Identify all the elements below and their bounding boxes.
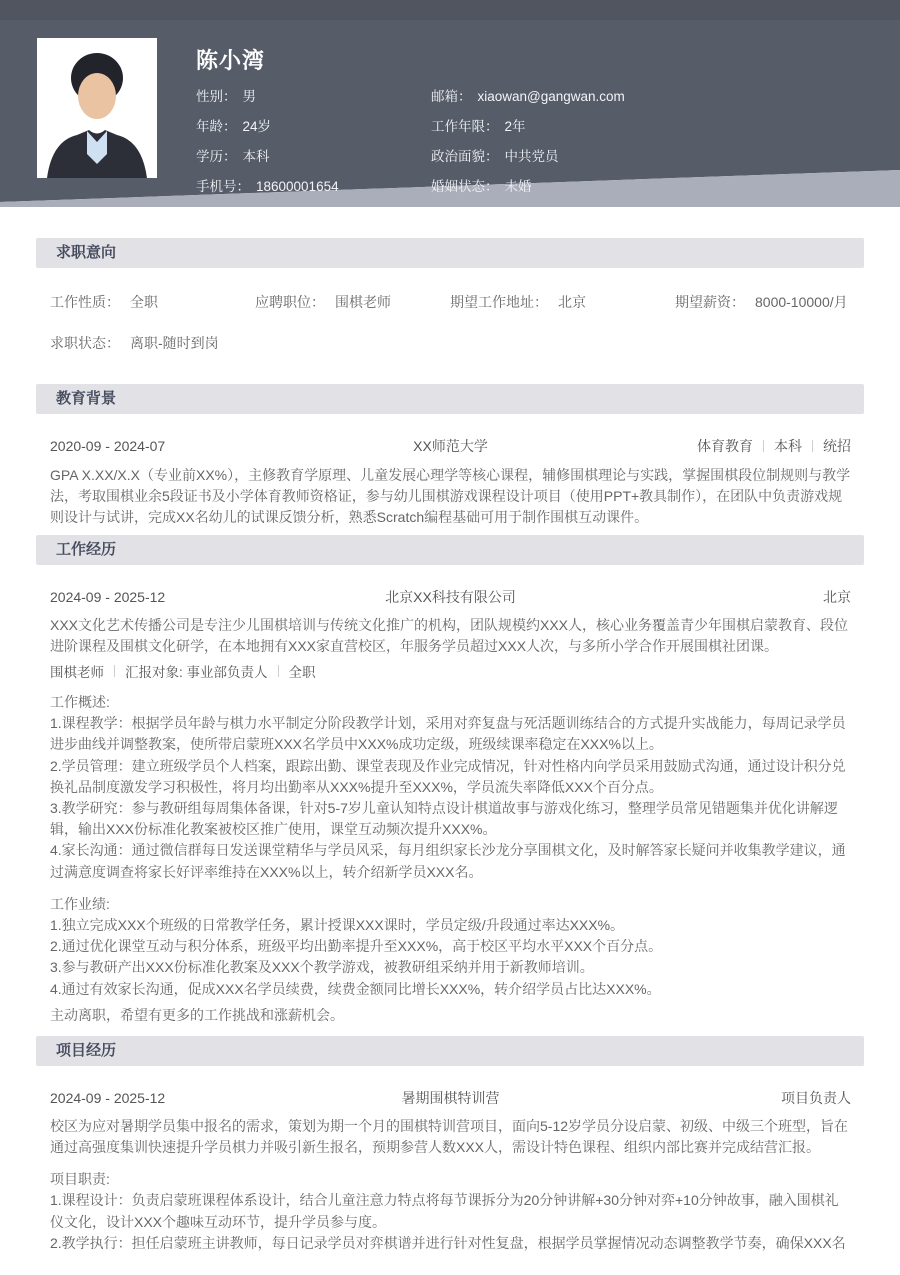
work-entry-row: 2024-09 - 2025-12 北京XX科技有限公司 北京 (50, 587, 851, 607)
work-period: 2024-09 - 2025-12 (50, 589, 385, 605)
work-summary-item: 3.教学研究：参与教研组每周集体备课，针对5-7岁儿童认知特点设计棋道故事与游戏… (50, 798, 851, 840)
project-role: 项目负责人 (781, 1088, 851, 1108)
resume-body: 求职意向 工作性质：全职 应聘职位：围棋老师 期望工作地址：北京 期望薪资：80… (0, 238, 900, 1254)
work-results-item: 2.通过优化课堂互动与积分体系，班级平均出勤率提升至XXX%，高于校区平均水平X… (50, 936, 851, 957)
education-degree: 本科 (774, 436, 802, 456)
info-value: 24岁 (243, 119, 272, 134)
info-label: 学历： (196, 149, 237, 164)
field-position: 应聘职位：围棋老师 (255, 292, 450, 312)
info-value: 本科 (243, 149, 270, 164)
project-period: 2024-09 - 2025-12 (50, 1090, 402, 1106)
section-title-project: 项目经历 (36, 1036, 864, 1066)
work-summary-item: 4.家长沟通：通过微信群每日发送课堂精华与学员风采，每月组织家长沙龙分享围棋文化… (50, 840, 851, 882)
info-label: 工作年限： (431, 119, 499, 134)
info-label: 婚姻状态： (431, 179, 499, 194)
section-title-job-intent: 求职意向 (36, 238, 864, 268)
work-location: 北京 (823, 587, 851, 607)
work-summary-heading: 工作概述: (50, 692, 851, 713)
field-location: 期望工作地址：北京 (450, 292, 675, 312)
field-label: 期望薪资： (675, 294, 745, 310)
info-value: 18600001654 (256, 179, 339, 194)
work-results-item: 1.独立完成XXX个班级的日常教学任务，累计授课XXX课时，学员定级/升段通过率… (50, 915, 851, 936)
info-label: 邮箱： (431, 89, 472, 104)
work-results-heading: 工作业绩: (50, 894, 851, 915)
section-title-work: 工作经历 (36, 535, 864, 565)
field-label: 工作性质： (50, 294, 120, 310)
info-marital-status: 婚姻状态：未婚 (431, 175, 625, 195)
project-duties: 项目职责: 1.课程设计：负责启蒙班课程体系设计，结合儿童注意力特点将每节课拆分… (50, 1169, 851, 1254)
info-degree: 学历：本科 (196, 145, 431, 165)
work-summary-item: 2.学员管理：建立班级学员个人档案，跟踪出勤、课堂表现及作业完成情况，针对性格内… (50, 756, 851, 798)
separator (278, 665, 279, 677)
info-age: 年龄：24岁 (196, 115, 431, 135)
education-school: XX师范大学 (413, 436, 488, 456)
info-gender: 性别：男 (196, 85, 431, 105)
info-label: 政治面貌： (431, 149, 499, 164)
info-label: 手机号： (196, 179, 250, 194)
info-work-years: 工作年限：2年 (431, 115, 625, 135)
field-value: 全职 (130, 294, 158, 310)
education-description: GPA X.XX/X.X（专业前XX%），主修教育学原理、儿童发展心理学等核心课… (50, 465, 851, 529)
education-enrollment-type: 统招 (823, 436, 851, 456)
separator (763, 440, 764, 452)
header: 陈小湾 性别：男 邮箱：xiaowan@gangwan.com 年龄：24岁 工… (0, 0, 900, 207)
company-intro: XXX文化艺术传播公司是专注少儿围棋培训与传统文化推广的机构，团队规模约XXX人… (50, 615, 851, 657)
work-results: 工作业绩: 1.独立完成XXX个班级的日常教学任务，累计授课XXX课时，学员定级… (50, 894, 851, 1000)
education-entry-row: 2020-09 - 2024-07 XX师范大学 体育教育 本科 统招 (50, 436, 851, 456)
separator (812, 440, 813, 452)
info-political-status: 政治面貌：中共党员 (431, 145, 625, 165)
info-value: 男 (243, 89, 257, 104)
work-summary-item: 1.课程教学：根据学员年龄与棋力水平制定分阶段教学计划，采用对弈复盘与死活题训练… (50, 713, 851, 755)
work-role-tags: 围棋老师 汇报对象: 事业部负责人 全职 (50, 661, 851, 681)
work-employment-type: 全职 (289, 661, 316, 681)
portrait-illustration (37, 38, 157, 178)
project-duties-item: 2.教学执行：担任启蒙班主讲教师，每日记录学员对弈棋谱并进行针对性复盘，根据学员… (50, 1233, 851, 1254)
field-value: 围棋老师 (335, 294, 391, 310)
field-label: 求职状态： (50, 335, 120, 351)
info-label: 年龄： (196, 119, 237, 134)
project-duties-heading: 项目职责: (50, 1169, 851, 1190)
education-tags: 体育教育 本科 统招 (697, 436, 851, 456)
leave-reason: 主动离职，希望有更多的工作挑战和涨薪机会。 (50, 1005, 851, 1025)
work-company: 北京XX科技有限公司 (385, 587, 516, 607)
profile-photo (37, 38, 157, 178)
project-entry-row: 2024-09 - 2025-12 暑期围棋特训营 项目负责人 (50, 1088, 851, 1108)
education-period: 2020-09 - 2024-07 (50, 438, 413, 454)
resume-page: 陈小湾 性别：男 邮箱：xiaowan@gangwan.com 年龄：24岁 工… (0, 0, 900, 1254)
section-title-education: 教育背景 (36, 384, 864, 414)
field-label: 期望工作地址： (450, 294, 548, 310)
info-label: 性别： (196, 89, 237, 104)
candidate-name: 陈小湾 (196, 44, 265, 75)
info-value: 2年 (505, 119, 526, 134)
info-email: 邮箱：xiaowan@gangwan.com (431, 85, 625, 105)
info-value: xiaowan@gangwan.com (478, 89, 625, 104)
work-results-item: 3.参与教研产出XXX份标准化教案及XXX个教学游戏，被教研组采纳并用于新教师培… (50, 957, 851, 978)
info-value: 中共党员 (505, 149, 559, 164)
field-label: 应聘职位： (255, 294, 325, 310)
project-intro: 校区为应对暑期学员集中报名的需求，策划为期一个月的围棋特训营项目，面向5-12岁… (50, 1116, 851, 1158)
work-summary: 工作概述: 1.课程教学：根据学员年龄与棋力水平制定分阶段教学计划，采用对弈复盘… (50, 692, 851, 883)
personal-info: 性别：男 邮箱：xiaowan@gangwan.com 年龄：24岁 工作年限：… (196, 85, 625, 195)
work-role: 围棋老师 (50, 661, 104, 681)
project-name: 暑期围棋特训营 (402, 1088, 500, 1108)
field-salary: 期望薪资：8000-10000/月 (675, 292, 851, 312)
field-job-status: 求职状态：离职-随时到岗 (50, 333, 255, 353)
education-major: 体育教育 (697, 436, 753, 456)
field-value: 北京 (558, 294, 586, 310)
work-report-to: 汇报对象: 事业部负责人 (125, 661, 268, 681)
field-work-type: 工作性质：全职 (50, 292, 255, 312)
project-duties-item: 1.课程设计：负责启蒙班课程体系设计，结合儿童注意力特点将每节课拆分为20分钟讲… (50, 1190, 851, 1232)
info-value: 未婚 (505, 179, 532, 194)
field-value: 离职-随时到岗 (130, 335, 219, 351)
work-results-item: 4.通过有效家长沟通，促成XXX名学员续费，续费金额同比增长XXX%，转介绍学员… (50, 979, 851, 1000)
job-intent-fields: 工作性质：全职 应聘职位：围棋老师 期望工作地址：北京 期望薪资：8000-10… (50, 292, 851, 353)
info-phone: 手机号：18600001654 (196, 175, 431, 195)
separator (114, 665, 115, 677)
field-value: 8000-10000/月 (755, 294, 848, 310)
